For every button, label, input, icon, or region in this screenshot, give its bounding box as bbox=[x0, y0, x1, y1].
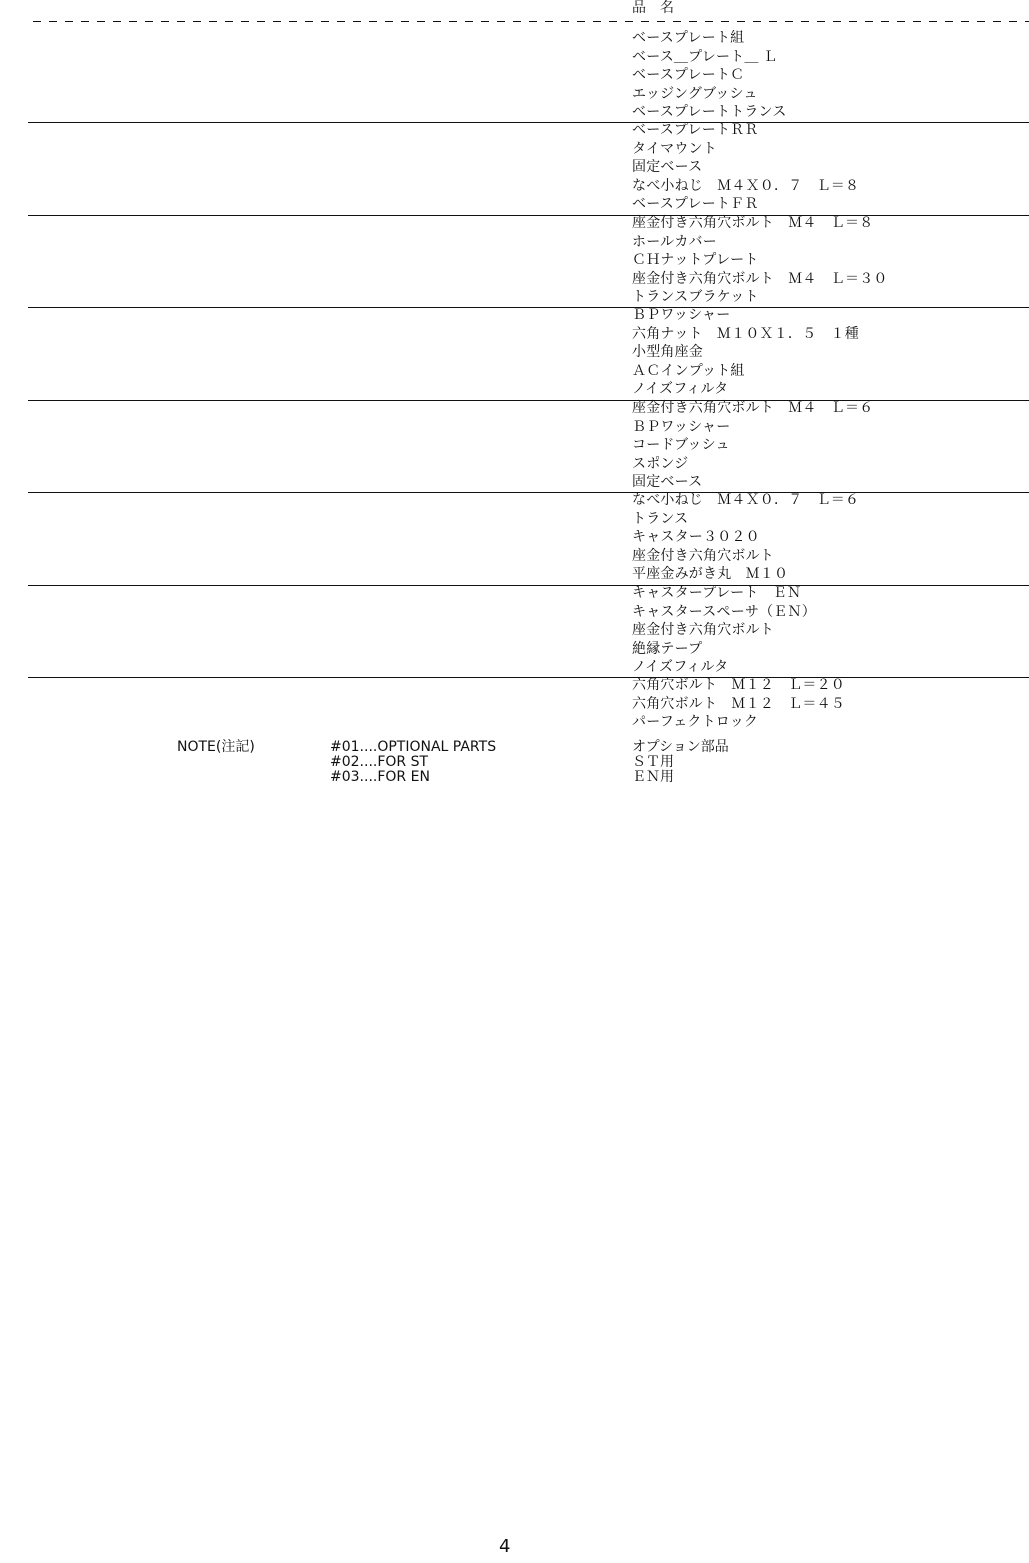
part-name: 座金付き六角穴ボルト bbox=[632, 547, 774, 565]
part-name: 固定ベース bbox=[632, 473, 702, 491]
part-name: 小型角座金 bbox=[632, 343, 703, 361]
part-name: キャスタープレート ＥＮ bbox=[632, 584, 801, 602]
part-name: スポンジ bbox=[632, 455, 688, 473]
note-code: #02....FOR ST bbox=[330, 755, 428, 769]
part-name: ベースプレートＲＲ bbox=[632, 121, 759, 139]
part-name: 平座金みがき丸 Ｍ１０ bbox=[632, 565, 788, 583]
part-name: 六角穴ボルト Ｍ１２ Ｌ＝２０ bbox=[632, 676, 845, 694]
group-divider bbox=[28, 677, 1029, 678]
note-description: オプション部品 bbox=[632, 740, 729, 754]
part-name: 六角穴ボルト Ｍ１２ Ｌ＝４５ bbox=[632, 695, 845, 713]
part-name: ＢＰワッシャー bbox=[632, 306, 730, 324]
part-name: ＣＨナットプレート bbox=[632, 251, 759, 269]
group-divider bbox=[28, 585, 1029, 586]
part-name: トランス bbox=[632, 510, 688, 528]
part-name: ホールカバー bbox=[632, 233, 717, 251]
part-name: パーフェクトロック bbox=[632, 713, 758, 731]
part-name: ベースプレート組 bbox=[632, 29, 744, 47]
part-name: ベース＿プレート＿ Ｌ bbox=[632, 48, 777, 66]
group-divider bbox=[28, 307, 1029, 308]
part-name: ＡＣインプット組 bbox=[632, 362, 745, 380]
part-name: タイマウント bbox=[632, 140, 717, 158]
note-description: ＥＮ用 bbox=[632, 770, 674, 784]
part-name: キャスタースペーサ（ＥＮ） bbox=[632, 603, 816, 621]
part-name: コードブッシュ bbox=[632, 436, 730, 454]
part-name: 座金付き六角穴ボルト Ｍ４ Ｌ＝３０ bbox=[632, 270, 888, 288]
page-number: 4 bbox=[499, 1537, 510, 1557]
part-name: ＢＰワッシャー bbox=[632, 418, 730, 436]
part-name: 座金付き六角穴ボルト bbox=[632, 621, 774, 639]
part-name: トランスブラケット bbox=[632, 288, 759, 306]
part-name: ノイズフィルタ bbox=[632, 380, 728, 398]
part-name: ベースプレートトランス bbox=[632, 103, 787, 121]
parts-list-page: 品 名 ベースプレート組 ベース＿プレート＿ Ｌ ベースプレートＣ エッジングブ… bbox=[0, 0, 1029, 1563]
note-code: #03....FOR EN bbox=[330, 770, 430, 784]
group-divider bbox=[28, 400, 1029, 401]
group-divider bbox=[28, 492, 1029, 493]
part-name: 絶縁テープ bbox=[632, 640, 702, 658]
header-dashed-divider bbox=[33, 21, 1029, 22]
part-name: 座金付き六角穴ボルト Ｍ４ Ｌ＝８ bbox=[632, 214, 873, 232]
notes-label: NOTE(注記) bbox=[177, 739, 255, 755]
part-name: ベースプレートＣ bbox=[632, 66, 744, 84]
part-name: 固定ベース bbox=[632, 158, 702, 176]
group-divider bbox=[28, 215, 1029, 216]
part-name: ノイズフィルタ bbox=[632, 658, 728, 676]
part-name: なべ小ねじ Ｍ４Ｘ０．７ Ｌ＝８ bbox=[632, 177, 859, 195]
column-header-part-name: 品 名 bbox=[632, 0, 674, 16]
note-code: #01....OPTIONAL PARTS bbox=[330, 740, 496, 754]
part-name: なべ小ねじ Ｍ４Ｘ０．７ Ｌ＝６ bbox=[632, 491, 859, 509]
group-divider bbox=[28, 122, 1029, 123]
part-name: エッジングブッシュ bbox=[632, 85, 758, 103]
part-name: キャスター３０２０ bbox=[632, 528, 760, 546]
note-description: ＳＴ用 bbox=[632, 755, 674, 769]
part-name: 座金付き六角穴ボルト Ｍ４ Ｌ＝６ bbox=[632, 399, 873, 417]
part-name: 六角ナット Ｍ１０Ｘ１．５ １種 bbox=[632, 325, 859, 343]
part-name: ベースプレートＦＲ bbox=[632, 195, 759, 213]
